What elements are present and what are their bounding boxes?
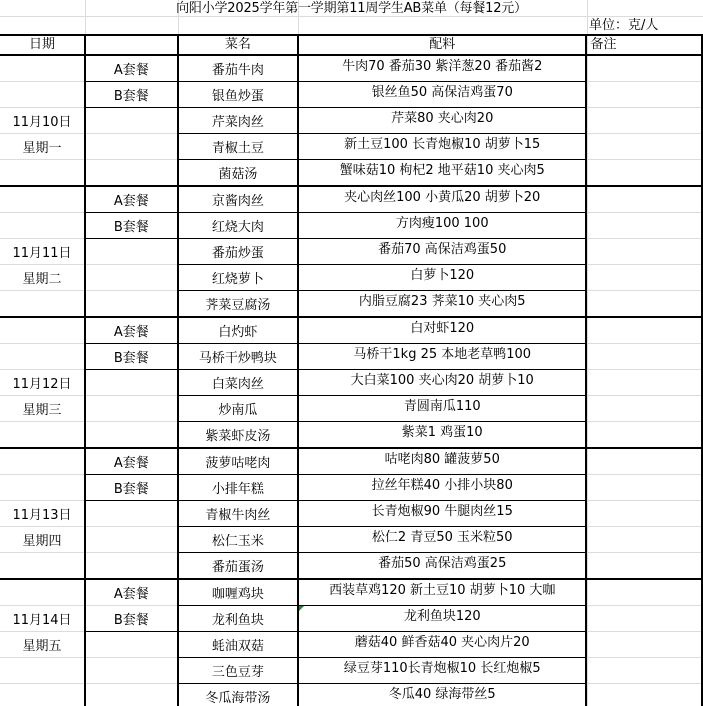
set-cell[interactable]: A套餐 xyxy=(85,317,178,344)
table-row: A套餐咖喱鸡块西装草鸡120 新土豆10 胡萝卜10 大咖 xyxy=(0,579,702,606)
ingredients-cell[interactable]: 松仁2 青豆50 玉米粒50 xyxy=(298,527,587,553)
table-row: 11月13日青椒牛肉丝长青炮椒90 牛腿肉丝15 xyxy=(0,501,702,527)
ingredients-cell[interactable]: 紫菜1 鸡蛋10 xyxy=(298,422,587,449)
table-row: 紫菜虾皮汤紫菜1 鸡蛋10 xyxy=(0,422,702,449)
empty-cell[interactable] xyxy=(0,579,85,606)
table-row: 菌菇汤蟹味菇10 枸杞2 地平菇10 夹心肉5 xyxy=(0,160,702,187)
empty-cell[interactable] xyxy=(0,82,85,108)
dish-cell[interactable]: 冬瓜海带汤 xyxy=(178,684,298,706)
notes-cell[interactable] xyxy=(586,317,702,344)
table-row: A套餐白灼虾白对虾120 xyxy=(0,317,702,344)
table-row: 星期二红烧萝卜白萝卜120 xyxy=(0,265,702,291)
date-cell[interactable]: 11月12日 xyxy=(0,370,85,396)
empty-cell[interactable] xyxy=(0,213,85,239)
empty-cell[interactable] xyxy=(85,160,178,187)
dish-cell[interactable]: 番茄蛋汤 xyxy=(178,553,298,580)
ingredients-cell[interactable]: 番茄70 高保洁鸡蛋50 xyxy=(298,239,587,265)
empty-cell[interactable] xyxy=(85,239,178,265)
date-cell[interactable]: 11月10日 xyxy=(0,108,85,134)
empty-cell[interactable] xyxy=(0,160,85,187)
ingredients-cell[interactable]: 冬瓜40 绿海带丝5 xyxy=(298,684,587,706)
set-cell[interactable]: A套餐 xyxy=(85,55,178,82)
dish-cell[interactable]: 紫菜虾皮汤 xyxy=(178,422,298,449)
table-row: 星期三炒南瓜青圆南瓜110 xyxy=(0,396,702,422)
ingredients-text: 牛肉70 番茄30 紫洋葱20 番茄酱2 xyxy=(299,56,586,81)
ingredients-text: 内脂豆腐23 荠菜10 夹心肉5 xyxy=(299,291,586,316)
empty-cell[interactable] xyxy=(85,134,178,160)
table-row: B套餐小排年糕拉丝年糕40 小排小块80 xyxy=(0,475,702,501)
notes-cell[interactable] xyxy=(586,396,702,422)
header-notes[interactable]: 备注 xyxy=(586,35,702,55)
ingredients-cell[interactable]: 青圆南瓜110 xyxy=(298,396,587,422)
ingredients-cell[interactable]: 番茄50 高保洁鸡蛋25 xyxy=(298,553,587,580)
notes-cell[interactable] xyxy=(586,186,702,213)
notes-cell[interactable] xyxy=(586,160,702,187)
dish-cell[interactable]: 松仁玉米 xyxy=(178,527,298,553)
ingredients-cell[interactable]: 龙利鱼块120 xyxy=(298,606,587,632)
dish-cell[interactable]: 京酱肉丝 xyxy=(178,186,298,213)
empty-cell[interactable] xyxy=(0,553,85,580)
ingredients-cell[interactable]: 西装草鸡120 新土豆10 胡萝卜10 大咖 xyxy=(298,579,587,606)
header-set[interactable] xyxy=(85,35,178,55)
date-cell[interactable]: 11月13日 xyxy=(0,501,85,527)
empty-cell[interactable] xyxy=(85,422,178,449)
ingredients-cell[interactable]: 新土豆100 长青炮椒10 胡萝卜15 xyxy=(298,134,587,160)
empty-cell[interactable] xyxy=(85,291,178,318)
table-row: B套餐红烧大肉方肉瘦100 100 xyxy=(0,213,702,239)
table-row: B套餐马桥干炒鸭块马桥干1kg 25 本地老草鸭100 xyxy=(0,344,702,370)
empty-cell[interactable] xyxy=(0,684,85,706)
cell-comment-marker-icon xyxy=(299,606,304,611)
ingredients-cell[interactable]: 方肉瘦100 100 xyxy=(298,213,587,239)
dish-cell[interactable]: 马桥干炒鸭块 xyxy=(178,344,298,370)
ingredients-text: 绿豆芽110长青炮椒10 长红炮椒5 xyxy=(299,658,586,683)
notes-cell[interactable] xyxy=(586,448,702,475)
table-row: 番茄蛋汤番茄50 高保洁鸡蛋25 xyxy=(0,553,702,580)
ingredients-text: 银丝鱼50 高保洁鸡蛋70 xyxy=(299,82,586,107)
dish-cell[interactable]: 三色豆芽 xyxy=(178,658,298,684)
table-row: A套餐京酱肉丝夹心肉丝100 小黄瓜20 胡萝卜20 xyxy=(0,186,702,213)
empty-cell[interactable] xyxy=(85,370,178,396)
header-ingredients[interactable]: 配料 xyxy=(298,35,587,55)
ingredients-text: 蟹味菇10 枸杞2 地平菇10 夹心肉5 xyxy=(299,160,586,185)
spreadsheet: 向阳小学2025学年第一学期第11周学生AB菜单（每餐12元） 单位：克/人 日… xyxy=(0,0,703,706)
notes-cell[interactable] xyxy=(586,501,702,527)
ingredients-cell[interactable]: 芹菜80 夹心肉20 xyxy=(298,108,587,134)
empty-cell[interactable] xyxy=(85,108,178,134)
table-row: 11月12日白菜肉丝大白菜100 夹心肉20 胡萝卜10 xyxy=(0,370,702,396)
dish-cell[interactable]: 芹菜肉丝 xyxy=(178,108,298,134)
table-row: 11月14日B套餐龙利鱼块龙利鱼块120 xyxy=(0,606,702,632)
dish-cell[interactable]: 菠萝咕咾肉 xyxy=(178,448,298,475)
ingredients-text: 番茄50 高保洁鸡蛋25 xyxy=(299,553,586,578)
weekday-cell[interactable]: 星期一 xyxy=(0,134,85,160)
notes-cell[interactable] xyxy=(586,82,702,108)
dish-cell[interactable]: 荠菜豆腐汤 xyxy=(178,291,298,318)
sheet-title[interactable]: 向阳小学2025学年第一学期第11周学生AB菜单（每餐12元） xyxy=(0,0,703,17)
set-cell[interactable]: A套餐 xyxy=(85,186,178,213)
empty-cell[interactable] xyxy=(85,501,178,527)
notes-cell[interactable] xyxy=(586,553,702,580)
notes-cell[interactable] xyxy=(586,134,702,160)
empty-cell[interactable] xyxy=(85,684,178,706)
header-dish[interactable]: 菜名 xyxy=(178,35,298,55)
empty-cell[interactable] xyxy=(0,55,85,82)
ingredients-text: 大白菜100 夹心肉20 胡萝卜10 xyxy=(299,370,586,395)
empty-cell[interactable] xyxy=(0,344,85,370)
weekday-cell[interactable]: 星期二 xyxy=(0,265,85,291)
unit-label[interactable]: 单位：克/人 xyxy=(589,17,658,34)
empty-cell[interactable] xyxy=(85,658,178,684)
ingredients-text: 长青炮椒90 牛腿肉丝15 xyxy=(299,501,586,526)
ingredients-cell[interactable]: 内脂豆腐23 荠菜10 夹心肉5 xyxy=(298,291,587,318)
ingredients-text: 蘑菇40 鲜香菇40 夹心肉片20 xyxy=(299,632,586,657)
table-row: A套餐番茄牛肉牛肉70 番茄30 紫洋葱20 番茄酱2 xyxy=(0,55,702,82)
ingredients-cell[interactable]: 大白菜100 夹心肉20 胡萝卜10 xyxy=(298,370,587,396)
dish-cell[interactable]: 红烧萝卜 xyxy=(178,265,298,291)
empty-cell[interactable] xyxy=(85,632,178,658)
ingredients-text: 方肉瘦100 100 xyxy=(299,213,586,238)
ingredients-cell[interactable]: 长青炮椒90 牛腿肉丝15 xyxy=(298,501,587,527)
dish-cell[interactable]: 白菜肉丝 xyxy=(178,370,298,396)
notes-cell[interactable] xyxy=(586,632,702,658)
ingredients-text: 新土豆100 长青炮椒10 胡萝卜15 xyxy=(299,134,586,159)
ingredients-text: 西装草鸡120 新土豆10 胡萝卜10 大咖 xyxy=(299,580,586,605)
dish-cell[interactable]: 番茄炒蛋 xyxy=(178,239,298,265)
date-cell[interactable]: 11月14日 xyxy=(0,606,85,632)
ingredients-cell[interactable]: 蟹味菇10 枸杞2 地平菇10 夹心肉5 xyxy=(298,160,587,187)
dish-cell[interactable]: 菌菇汤 xyxy=(178,160,298,187)
ingredients-text: 松仁2 青豆50 玉米粒50 xyxy=(299,527,586,552)
table-row: 冬瓜海带汤冬瓜40 绿海带丝5 xyxy=(0,684,702,706)
notes-cell[interactable] xyxy=(586,265,702,291)
empty-cell[interactable] xyxy=(0,317,85,344)
dish-cell[interactable]: 红烧大肉 xyxy=(178,213,298,239)
ingredients-text: 紫菜1 鸡蛋10 xyxy=(299,422,586,447)
ingredients-text: 白萝卜120 xyxy=(299,265,586,290)
notes-cell[interactable] xyxy=(586,370,702,396)
notes-cell[interactable] xyxy=(586,422,702,449)
table-row: 星期四松仁玉米松仁2 青豆50 玉米粒50 xyxy=(0,527,702,553)
empty-cell[interactable] xyxy=(85,265,178,291)
dish-cell[interactable]: 蚝油双菇 xyxy=(178,632,298,658)
ingredients-text: 白对虾120 xyxy=(299,318,586,343)
table-row: 11月10日芹菜肉丝芹菜80 夹心肉20 xyxy=(0,108,702,134)
ingredients-cell[interactable]: 拉丝年糕40 小排小块80 xyxy=(298,475,587,501)
table-row: B套餐银鱼炒蛋银丝鱼50 高保洁鸡蛋70 xyxy=(0,82,702,108)
dish-cell[interactable]: 白灼虾 xyxy=(178,317,298,344)
set-cell[interactable]: A套餐 xyxy=(85,579,178,606)
notes-cell[interactable] xyxy=(586,579,702,606)
set-cell[interactable]: B套餐 xyxy=(85,213,178,239)
ingredients-cell[interactable]: 白萝卜120 xyxy=(298,265,587,291)
empty-cell[interactable] xyxy=(0,422,85,449)
table-row: 11月11日番茄炒蛋番茄70 高保洁鸡蛋50 xyxy=(0,239,702,265)
ingredients-cell[interactable]: 夹心肉丝100 小黄瓜20 胡萝卜20 xyxy=(298,186,587,213)
ingredients-text: 夹心肉丝100 小黄瓜20 胡萝卜20 xyxy=(299,187,586,212)
weekday-cell[interactable]: 星期五 xyxy=(0,632,85,658)
table-row: 荠菜豆腐汤内脂豆腐23 荠菜10 夹心肉5 xyxy=(0,291,702,318)
ingredients-cell[interactable]: 马桥干1kg 25 本地老草鸭100 xyxy=(298,344,587,370)
header-row: 日期 菜名 配料 备注 xyxy=(0,35,702,55)
notes-cell[interactable] xyxy=(586,527,702,553)
ingredients-text: 番茄70 高保洁鸡蛋50 xyxy=(299,239,586,264)
ingredients-text: 冬瓜40 绿海带丝5 xyxy=(299,684,586,706)
ingredients-cell[interactable]: 蘑菇40 鲜香菇40 夹心肉片20 xyxy=(298,632,587,658)
weekday-cell[interactable]: 星期四 xyxy=(0,527,85,553)
dish-cell[interactable]: 炒南瓜 xyxy=(178,396,298,422)
table-row: A套餐菠萝咕咾肉咕咾肉80 罐菠萝50 xyxy=(0,448,702,475)
dish-cell[interactable]: 龙利鱼块 xyxy=(178,606,298,632)
menu-table: 日期 菜名 配料 备注 A套餐番茄牛肉牛肉70 番茄30 紫洋葱20 番茄酱2B… xyxy=(0,34,703,706)
notes-cell[interactable] xyxy=(586,239,702,265)
ingredients-text: 咕咾肉80 罐菠萝50 xyxy=(299,449,586,474)
dish-cell[interactable]: 青椒土豆 xyxy=(178,134,298,160)
set-cell[interactable]: B套餐 xyxy=(85,344,178,370)
set-cell[interactable]: B套餐 xyxy=(85,606,178,632)
ingredients-cell[interactable]: 银丝鱼50 高保洁鸡蛋70 xyxy=(298,82,587,108)
notes-cell[interactable] xyxy=(586,213,702,239)
notes-cell[interactable] xyxy=(586,606,702,632)
ingredients-cell[interactable]: 牛肉70 番茄30 紫洋葱20 番茄酱2 xyxy=(298,55,587,82)
ingredients-text: 拉丝年糕40 小排小块80 xyxy=(299,475,586,500)
notes-cell[interactable] xyxy=(586,344,702,370)
ingredients-cell[interactable]: 咕咾肉80 罐菠萝50 xyxy=(298,448,587,475)
empty-cell[interactable] xyxy=(0,291,85,318)
empty-cell[interactable] xyxy=(85,396,178,422)
notes-cell[interactable] xyxy=(586,475,702,501)
ingredients-cell[interactable]: 绿豆芽110长青炮椒10 长红炮椒5 xyxy=(298,658,587,684)
dish-cell[interactable]: 小排年糕 xyxy=(178,475,298,501)
table-row: 星期五蚝油双菇蘑菇40 鲜香菇40 夹心肉片20 xyxy=(0,632,702,658)
empty-cell[interactable] xyxy=(85,553,178,580)
notes-cell[interactable] xyxy=(586,658,702,684)
weekday-cell[interactable]: 星期三 xyxy=(0,396,85,422)
ingredients-text: 青圆南瓜110 xyxy=(299,396,586,421)
notes-cell[interactable] xyxy=(586,108,702,134)
dish-cell[interactable]: 咖喱鸡块 xyxy=(178,579,298,606)
empty-cell[interactable] xyxy=(85,527,178,553)
date-cell[interactable]: 11月11日 xyxy=(0,239,85,265)
ingredients-text: 马桥干1kg 25 本地老草鸭100 xyxy=(299,344,586,369)
dish-cell[interactable]: 番茄牛肉 xyxy=(178,55,298,82)
ingredients-cell[interactable]: 白对虾120 xyxy=(298,317,587,344)
table-row: 三色豆芽绿豆芽110长青炮椒10 长红炮椒5 xyxy=(0,658,702,684)
dish-cell[interactable]: 青椒牛肉丝 xyxy=(178,501,298,527)
set-cell[interactable]: B套餐 xyxy=(85,475,178,501)
set-cell[interactable]: A套餐 xyxy=(85,448,178,475)
empty-cell[interactable] xyxy=(0,475,85,501)
set-cell[interactable]: B套餐 xyxy=(85,82,178,108)
ingredients-text: 芹菜80 夹心肉20 xyxy=(299,108,586,133)
table-row: 星期一青椒土豆新土豆100 长青炮椒10 胡萝卜15 xyxy=(0,134,702,160)
dish-cell[interactable]: 银鱼炒蛋 xyxy=(178,82,298,108)
empty-cell[interactable] xyxy=(0,658,85,684)
notes-cell[interactable] xyxy=(586,55,702,82)
notes-cell[interactable] xyxy=(586,291,702,318)
notes-cell[interactable] xyxy=(586,684,702,706)
empty-cell[interactable] xyxy=(0,448,85,475)
empty-cell[interactable] xyxy=(0,186,85,213)
header-date[interactable]: 日期 xyxy=(0,35,85,55)
ingredients-text: 龙利鱼块120 xyxy=(299,606,586,631)
